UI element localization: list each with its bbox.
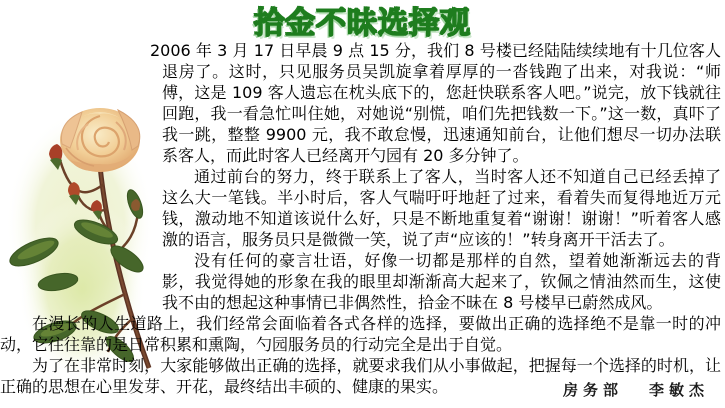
document-page: 拾金不昧选择观 bbox=[0, 0, 725, 408]
page-title: 拾金不昧选择观 bbox=[254, 0, 471, 42]
paragraph-4: 在漫长的人生道路上，我们经常会面临着各式各样的选择，要做出正确的选择绝不是靠一时… bbox=[0, 313, 721, 355]
title-bar: 拾金不昧选择观 bbox=[0, 0, 725, 40]
document-body: 2006 年 3 月 17 日早晨 9 点 15 分，我们 8 号楼已经陆陆续续… bbox=[0, 40, 725, 397]
signature-name: 李敏杰 bbox=[649, 381, 709, 399]
signature-department: 房务部 bbox=[563, 381, 623, 399]
signature: 房务部李敏杰 bbox=[563, 379, 709, 400]
